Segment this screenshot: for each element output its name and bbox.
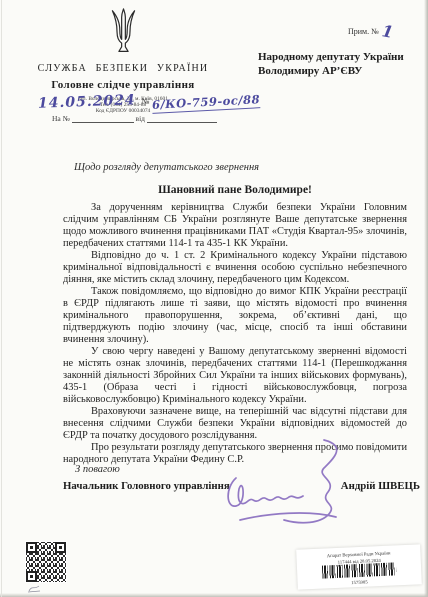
handwritten-signature: [224, 438, 364, 538]
department-name: Головне слідче управління: [18, 79, 228, 91]
paragraph: Відповідно до ч. 1 ст. 2 Кримінального к…: [63, 250, 407, 286]
blank-underline: [147, 115, 217, 123]
blank-underline: [72, 115, 134, 123]
paragraph: Також повідомляємо, що відповідно до вим…: [63, 286, 407, 346]
pen-mark-icon: [27, 583, 41, 593]
barcode-number: 1575985: [351, 580, 368, 584]
scan-edge: [1, 0, 2, 597]
qr-code: [25, 541, 67, 583]
subject-line: Щодо розгляду депутатського звернення: [74, 162, 259, 173]
handwritten-ref-number: 6/КО-759-ос/88: [152, 92, 261, 114]
ukraine-trident-icon: [105, 8, 142, 56]
scan-edge: [0, 593, 428, 597]
scan-edge: [424, 0, 428, 597]
recipient-line: Володимиру АР’ЄВУ: [258, 64, 423, 78]
copy-number-note: Прим. №1: [348, 22, 393, 41]
handwritten-copy-number: 1: [380, 21, 394, 42]
paragraph: Враховуючи зазначене вище, на теперішній…: [63, 406, 407, 442]
letter-body: За дорученням керівництва Служби безпеки…: [63, 202, 407, 466]
org-name: СЛУЖБА БЕЗПЕКИ УКРАЇНИ: [18, 63, 228, 74]
salutation: Шановний пане Володимире!: [63, 184, 407, 196]
paragraph: У свою чергу наведені у Вашому депутатсь…: [63, 346, 407, 406]
closing-phrase: З повагою: [75, 464, 120, 475]
reply-na-label: На №: [52, 114, 70, 123]
scanned-letter-page: СЛУЖБА БЕЗПЕКИ УКРАЇНИ Головне слідче уп…: [0, 0, 428, 597]
number-sign: №: [142, 97, 150, 106]
outgoing-date-number: 14.05.2024№6/КО-759-ос/88: [38, 93, 238, 113]
handwritten-date: 14.05.2024: [38, 92, 136, 111]
signer-title: Начальник Головного управління: [63, 480, 230, 492]
registration-stamp: Апарат Верховної Ради України 117444 від…: [296, 544, 422, 589]
reply-reference-line: На № від: [52, 114, 217, 123]
recipient-block: Народному депутату України Володимиру АР…: [258, 50, 423, 78]
paragraph: За дорученням керівництва Служби безпеки…: [63, 202, 407, 250]
reply-vid-label: від: [136, 114, 145, 123]
copy-note-label: Прим. №: [348, 27, 379, 36]
recipient-line: Народному депутату України: [258, 50, 423, 64]
